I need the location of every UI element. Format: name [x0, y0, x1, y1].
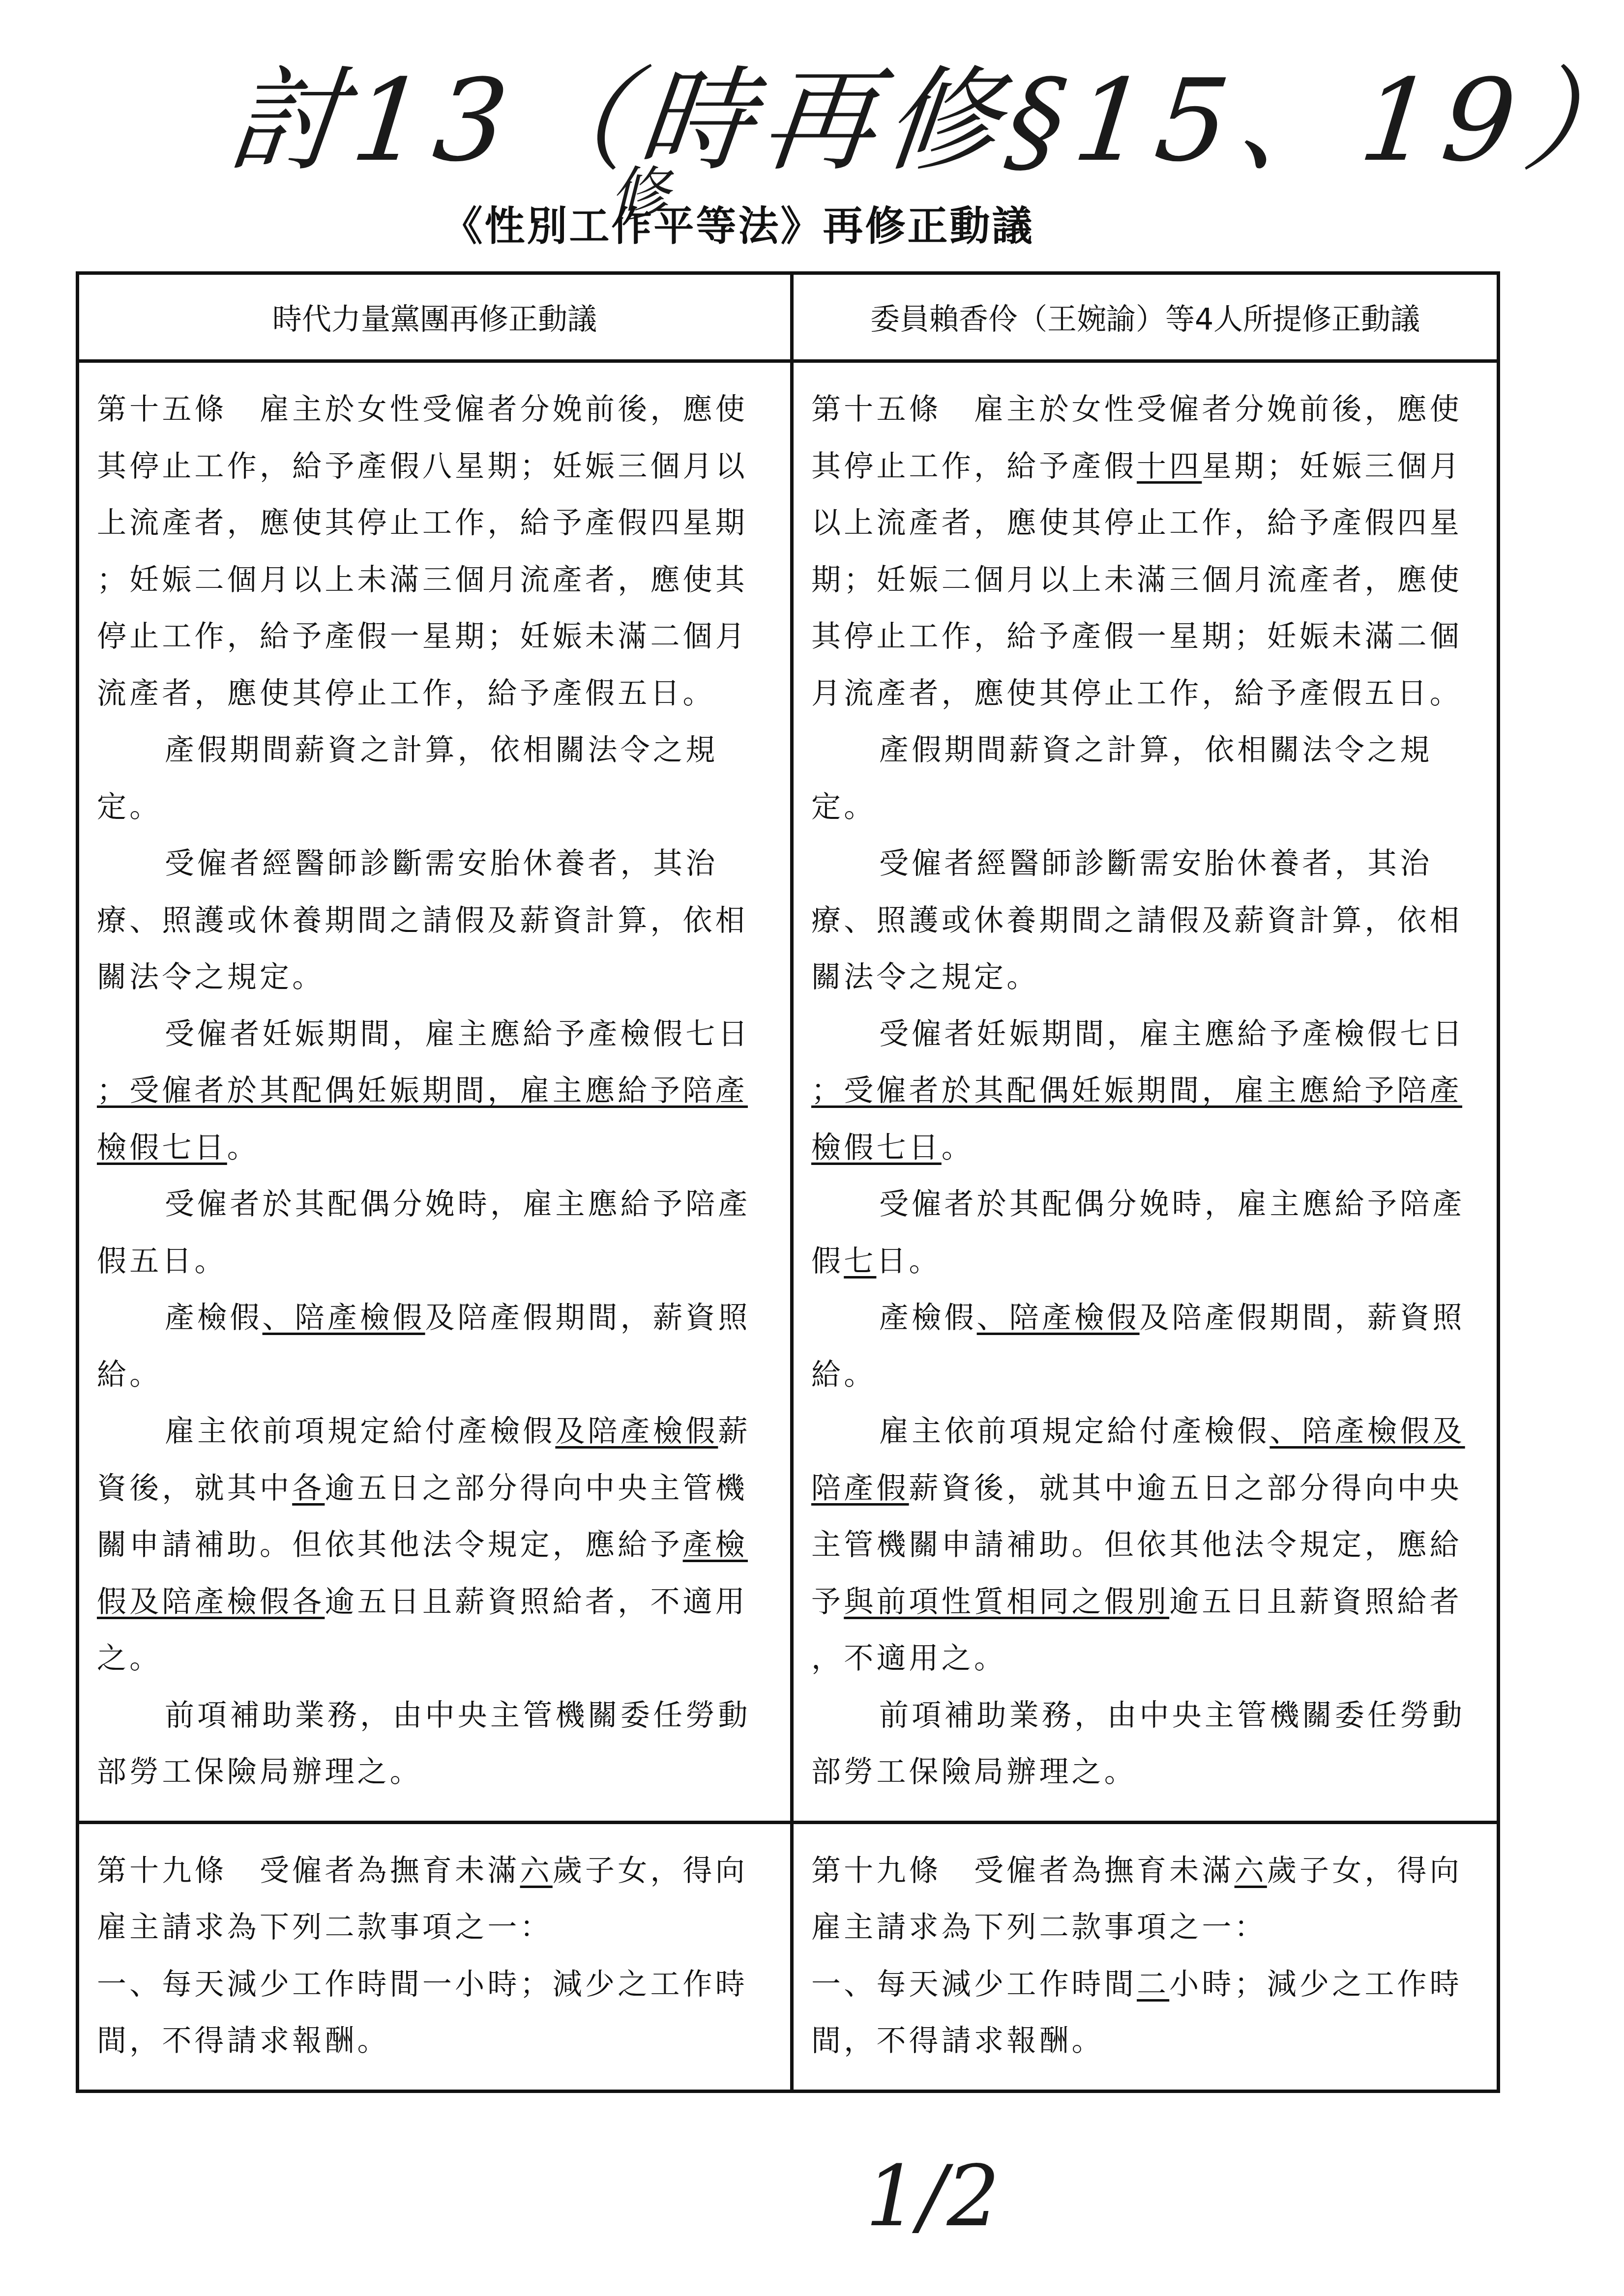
text-segment: 第十五條 雇主於女性受僱者分娩前後，應使 [811, 392, 1462, 427]
document-title-text: 《性別工作平等法》再修正動議 [442, 194, 1034, 252]
text-line: 受僱者經醫師診斷需安胎休養者，其治 [811, 836, 1482, 893]
text-segment: 小時；減少之工作時 [1169, 1967, 1462, 2002]
text-segment: 假 [811, 1244, 844, 1279]
text-segment: 受僱者於其配偶分娩時，雇主應給予陪產 [165, 1187, 751, 1221]
text-segment: 雇主依前項規定給付產檢假 [879, 1414, 1270, 1449]
text-segment: 其停止工作，給予產假一星期；妊娠未滿二個 [811, 619, 1462, 654]
text-line: 受僱者妊娠期間，雇主應給予產檢假七日 [97, 1006, 775, 1063]
amended-text: 及陪產檢假 [555, 1414, 718, 1449]
amended-text: 二 [1137, 1967, 1169, 2002]
amended-text: 、陪產檢假 [263, 1301, 425, 1335]
amended-text: 七 [844, 1244, 876, 1279]
text-line: 陪產假薪資後，就其中逾五日之部分得向中央 [811, 1460, 1482, 1517]
amended-text: 各 [292, 1471, 325, 1506]
text-line: 第十九條 受僱者為撫育未滿六歲子女，得向 [811, 1843, 1482, 1900]
text-segment: 間，不得請求報酬。 [811, 2024, 1104, 2058]
text-segment: 關法令之規定。 [97, 960, 325, 994]
text-segment: 其停止工作，給予產假 [811, 449, 1137, 484]
text-line: 月流產者，應使其停止工作，給予產假五日。 [811, 666, 1482, 723]
text-segment: 星期；妊娠三個月 [1202, 449, 1462, 484]
text-segment: 定。 [97, 790, 162, 824]
text-segment: 一、每天減少工作時間一小時；減少之工作時 [97, 1967, 748, 2002]
text-line: 雇主依前項規定給付產檢假及陪產檢假薪 [97, 1403, 775, 1460]
text-segment: 月流產者，應使其停止工作，給予產假五日。 [811, 676, 1462, 711]
text-segment: 其停止工作，給予產假八星期；妊娠三個月以 [97, 449, 748, 484]
amended-text: 六 [520, 1854, 553, 1888]
text-segment: 產檢假 [879, 1301, 977, 1335]
text-segment: 第十九條 受僱者為撫育未滿 [811, 1854, 1235, 1888]
text-segment: 流產者，應使其停止工作，給予產假五日。 [97, 676, 715, 711]
text-segment: 關申請補助。但依其他法令規定，應給予 [97, 1528, 683, 1562]
text-segment: 雇主依前項規定給付產檢假 [165, 1414, 555, 1449]
text-line: 雇主請求為下列二款事項之一： [811, 1899, 1482, 1956]
header-legislator-motion: 委員賴香伶（王婉諭）等4人所提修正動議 [792, 273, 1499, 361]
text-line: 其停止工作，給予產假八星期；妊娠三個月以 [97, 438, 775, 495]
text-line: 受僱者於其配偶分娩時，雇主應給予陪產 [811, 1176, 1482, 1233]
amended-text: 產檢 [683, 1528, 748, 1562]
text-line: 療、照護或休養期間之請假及薪資計算，依相 [811, 893, 1482, 950]
article-19-caucus-cell: 第十九條 受僱者為撫育未滿六歲子女，得向雇主請求為下列二款事項之一：一、每天減少… [78, 1822, 792, 2091]
text-line: 關申請補助。但依其他法令規定，應給予產檢 [97, 1517, 775, 1574]
text-segment: 一、每天減少工作時間 [811, 1967, 1137, 2002]
text-line: 產假期間薪資之計算，依相關法令之規 [97, 722, 775, 779]
text-line: 第十九條 受僱者為撫育未滿六歲子女，得向 [97, 1843, 775, 1900]
text-segment: 日。 [876, 1244, 941, 1279]
text-line: 其停止工作，給予產假十四星期；妊娠三個月 [811, 438, 1482, 495]
text-segment: 產假期間薪資之計算，依相關法令之規 [165, 733, 718, 767]
text-segment: 上流產者，應使其停止工作，給予產假四星期 [97, 506, 748, 540]
text-line: 一、每天減少工作時間一小時；減少之工作時 [97, 1956, 775, 2013]
text-line: ，不適用之。 [811, 1630, 1482, 1687]
text-line: 第十五條 雇主於女性受僱者分娩前後，應使 [811, 381, 1482, 438]
text-segment: 期；妊娠二個月以上未滿三個月流產者，應使 [811, 563, 1462, 597]
document-title: 《性別工作平等法》再修正動議 [0, 194, 1624, 252]
text-line: 假七日。 [811, 1233, 1482, 1290]
text-segment: 部勞工保險局辦理之。 [97, 1755, 422, 1789]
text-segment: 療、照護或休養期間之請假及薪資計算，依相 [811, 903, 1462, 938]
text-segment: 停止工作，給予產假一星期；妊娠未滿二個月 [97, 619, 748, 654]
text-segment: 逾五日且薪資照給者 [1169, 1585, 1462, 1619]
text-segment: 雇主請求為下列二款事項之一： [97, 1910, 553, 1945]
text-segment: 給。 [811, 1358, 876, 1392]
text-line: ；妊娠二個月以上未滿三個月流產者，應使其 [97, 552, 775, 609]
text-segment: 逾五日且薪資照給者，不適用 [325, 1585, 748, 1619]
text-line: 給。 [97, 1347, 775, 1404]
amended-text: 與前項性質相同之假別 [844, 1585, 1169, 1619]
text-line: 部勞工保險局辦理之。 [97, 1744, 775, 1801]
text-line: 上流產者，應使其停止工作，給予產假四星期 [97, 495, 775, 552]
text-segment: 及陪產假期間，薪資照 [425, 1301, 751, 1335]
amended-text: 六 [1235, 1854, 1267, 1888]
text-line: 前項補助業務，由中央主管機關委任勞動 [97, 1687, 775, 1744]
article-19-legislator-cell: 第十九條 受僱者為撫育未滿六歲子女，得向雇主請求為下列二款事項之一：一、每天減少… [792, 1822, 1499, 2091]
text-line: 停止工作，給予產假一星期；妊娠未滿二個月 [97, 609, 775, 666]
text-line: 一、每天減少工作時間二小時；減少之工作時 [811, 1956, 1482, 2013]
article-15-caucus-cell: 第十五條 雇主於女性受僱者分娩前後，應使其停止工作，給予產假八星期；妊娠三個月以… [78, 361, 792, 1823]
text-line: 關法令之規定。 [97, 949, 775, 1006]
amended-text: 、陪產檢假及 [1270, 1414, 1465, 1449]
text-segment: 受僱者於其配偶分娩時，雇主應給予陪產 [879, 1187, 1465, 1221]
amended-text: 檢假七日 [811, 1131, 942, 1165]
text-line: 間，不得請求報酬。 [811, 2013, 1482, 2070]
table-header-row: 時代力量黨團再修正動議 委員賴香伶（王婉諭）等4人所提修正動議 [78, 273, 1499, 361]
text-line: 雇主請求為下列二款事項之一： [97, 1899, 775, 1956]
text-segment: 產假期間薪資之計算，依相關法令之規 [879, 733, 1432, 767]
amended-text: 、陪產檢假 [977, 1301, 1140, 1335]
text-segment: ，不適用之。 [811, 1641, 1006, 1676]
text-line: 假五日。 [97, 1233, 775, 1290]
text-line: 間，不得請求報酬。 [97, 2013, 775, 2070]
text-line: 受僱者妊娠期間，雇主應給予產檢假七日 [811, 1006, 1482, 1063]
table-row-article-15: 第十五條 雇主於女性受僱者分娩前後，應使其停止工作，給予產假八星期；妊娠三個月以… [78, 361, 1499, 1823]
text-segment: 主管機關申請補助。但依其他法令規定，應給 [811, 1528, 1462, 1562]
text-segment: 關法令之規定。 [811, 960, 1039, 994]
amended-text: 檢假七日 [97, 1131, 227, 1165]
text-line: 第十五條 雇主於女性受僱者分娩前後，應使 [97, 381, 775, 438]
text-line: 期；妊娠二個月以上未滿三個月流產者，應使 [811, 552, 1482, 609]
text-segment: 歲子女，得向 [1267, 1854, 1462, 1888]
text-segment: 雇主請求為下列二款事項之一： [811, 1910, 1267, 1945]
amended-text: 假及陪產檢假各 [97, 1585, 325, 1619]
text-line: 受僱者經醫師診斷需安胎休養者，其治 [97, 836, 775, 893]
comparison-table: 時代力量黨團再修正動議 委員賴香伶（王婉諭）等4人所提修正動議 第十五條 雇主於… [76, 271, 1500, 2093]
text-segment: 。 [227, 1131, 260, 1165]
text-segment: 受僱者經醫師診斷需安胎休養者，其治 [165, 846, 718, 881]
text-segment: 予 [811, 1585, 844, 1619]
text-segment: 第十五條 雇主於女性受僱者分娩前後，應使 [97, 392, 748, 427]
text-segment: 及陪產假期間，薪資照 [1140, 1301, 1465, 1335]
text-segment: 逾五日之部分得向中央主管機 [325, 1471, 748, 1506]
text-segment: 受僱者妊娠期間，雇主應給予產檢假七日 [879, 1017, 1465, 1051]
text-segment: 薪資後，就其中逾五日之部分得向中央 [909, 1471, 1462, 1506]
amended-text: ；受僱者於其配偶妊娠期間，雇主應給予陪產 [97, 1074, 748, 1108]
text-segment: 給。 [97, 1358, 162, 1392]
text-line: 予與前項性質相同之假別逾五日且薪資照給者 [811, 1574, 1482, 1631]
text-line: 給。 [811, 1347, 1482, 1404]
handwritten-page-number: 1/2 [865, 2148, 1000, 2245]
text-line: 雇主依前項規定給付產檢假、陪產檢假及 [811, 1403, 1482, 1460]
header-caucus-motion: 時代力量黨團再修正動議 [78, 273, 792, 361]
amended-text: 十四 [1137, 449, 1202, 484]
text-line: ；受僱者於其配偶妊娠期間，雇主應給予陪產 [97, 1063, 775, 1120]
text-segment: 前項補助業務，由中央主管機關委任勞動 [165, 1698, 751, 1733]
text-segment: 間，不得請求報酬。 [97, 2024, 390, 2058]
text-segment: 部勞工保險局辦理之。 [811, 1755, 1137, 1789]
amended-text: ；受僱者於其配偶妊娠期間，雇主應給予陪產 [811, 1074, 1462, 1108]
text-line: 檢假七日。 [811, 1120, 1482, 1177]
text-segment: 定。 [811, 790, 876, 824]
text-line: 主管機關申請補助。但依其他法令規定，應給 [811, 1517, 1482, 1574]
text-line: 資後，就其中各逾五日之部分得向中央主管機 [97, 1460, 775, 1517]
text-segment: ；妊娠二個月以上未滿三個月流產者，應使其 [97, 563, 748, 597]
text-line: 檢假七日。 [97, 1120, 775, 1177]
text-line: 療、照護或休養期間之請假及薪資計算，依相 [97, 893, 775, 950]
text-line: 其停止工作，給予產假一星期；妊娠未滿二個 [811, 609, 1482, 666]
text-line: 以上流產者，應使其停止工作，給予產假四星 [811, 495, 1482, 552]
text-segment: 產檢假 [165, 1301, 263, 1335]
text-segment: 第十九條 受僱者為撫育未滿 [97, 1854, 520, 1888]
handwritten-annotation: 討13（時再修§15、19） [223, 29, 1624, 192]
text-segment: 受僱者經醫師診斷需安胎休養者，其治 [879, 846, 1432, 881]
text-line: 假及陪產檢假各逾五日且薪資照給者，不適用 [97, 1574, 775, 1631]
text-line: 產假期間薪資之計算，依相關法令之規 [811, 722, 1482, 779]
text-line: 產檢假、陪產檢假及陪產假期間，薪資照 [811, 1290, 1482, 1347]
text-line: 定。 [811, 779, 1482, 836]
text-segment: 之。 [97, 1641, 162, 1676]
text-line: ；受僱者於其配偶妊娠期間，雇主應給予陪產 [811, 1063, 1482, 1120]
text-line: 受僱者於其配偶分娩時，雇主應給予陪產 [97, 1176, 775, 1233]
text-segment: 療、照護或休養期間之請假及薪資計算，依相 [97, 903, 748, 938]
text-line: 之。 [97, 1630, 775, 1687]
text-segment: 假五日。 [97, 1244, 227, 1279]
text-segment: 受僱者妊娠期間，雇主應給予產檢假七日 [165, 1017, 751, 1051]
text-line: 關法令之規定。 [811, 949, 1482, 1006]
text-line: 前項補助業務，由中央主管機關委任勞動 [811, 1687, 1482, 1744]
text-line: 部勞工保險局辦理之。 [811, 1744, 1482, 1801]
text-line: 流產者，應使其停止工作，給予產假五日。 [97, 666, 775, 723]
table-row-article-19: 第十九條 受僱者為撫育未滿六歲子女，得向雇主請求為下列二款事項之一：一、每天減少… [78, 1822, 1499, 2091]
text-segment: 。 [942, 1131, 974, 1165]
text-segment: 以上流產者，應使其停止工作，給予產假四星 [811, 506, 1462, 540]
text-segment: 薪 [718, 1414, 750, 1449]
text-line: 產檢假、陪產檢假及陪產假期間，薪資照 [97, 1290, 775, 1347]
article-15-legislator-cell: 第十五條 雇主於女性受僱者分娩前後，應使其停止工作，給予產假十四星期；妊娠三個月… [792, 361, 1499, 1823]
text-segment: 歲子女，得向 [553, 1854, 748, 1888]
text-segment: 資後，就其中 [97, 1471, 292, 1506]
text-segment: 前項補助業務，由中央主管機關委任勞動 [879, 1698, 1465, 1733]
amended-text: 陪產假 [811, 1471, 909, 1506]
text-line: 定。 [97, 779, 775, 836]
